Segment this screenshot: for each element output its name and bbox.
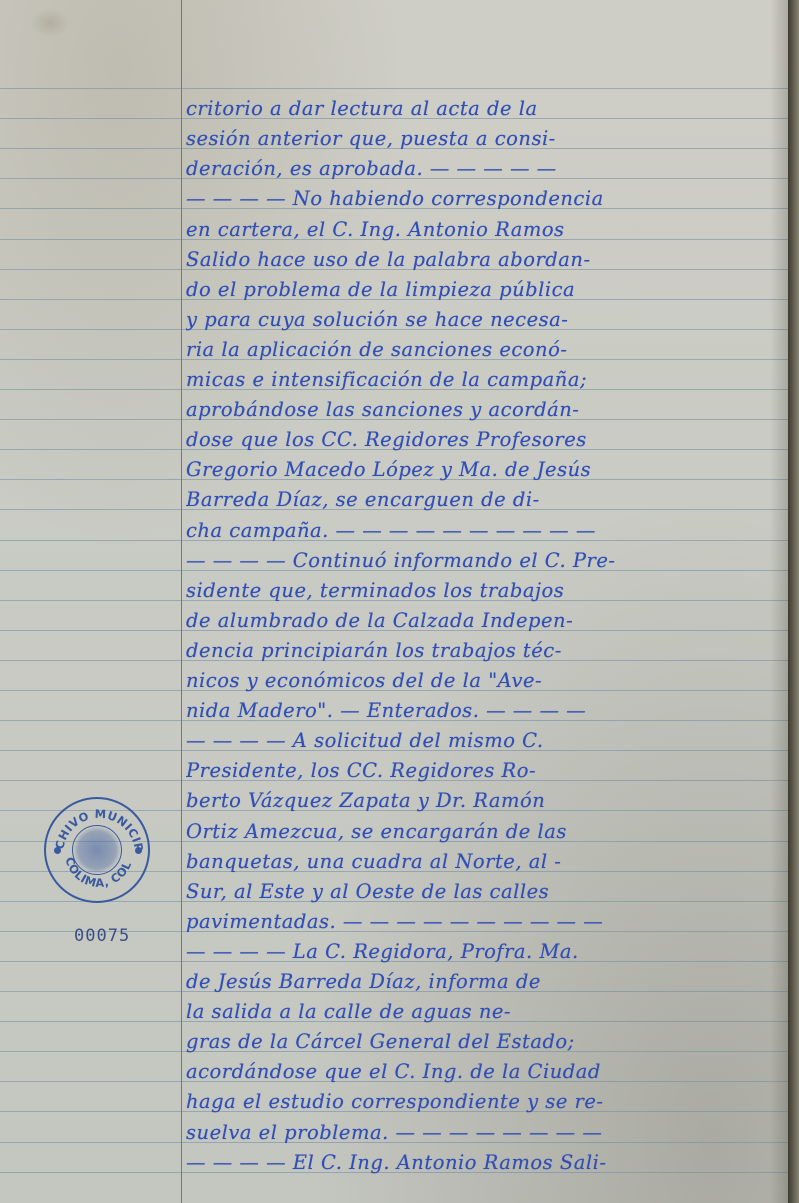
handwritten-line: nicos y económicos del de la "Ave- xyxy=(186,666,786,696)
handwritten-line: banquetas, una cuadra al Norte, al - xyxy=(186,847,786,877)
handwritten-line: Ortiz Amezcua, se encargarán de las xyxy=(186,817,786,847)
handwritten-line: cha campaña. — — — — — — — — — — xyxy=(186,516,786,546)
handwritten-line: do el problema de la limpieza pública xyxy=(186,275,786,305)
archive-stamp: ARCHIVO MUNICIPAL COLIMA, COL. xyxy=(44,797,150,903)
page-shadow xyxy=(770,0,788,1203)
handwritten-line: dose que los CC. Regidores Profesores xyxy=(186,425,786,455)
margin-line xyxy=(181,0,182,1203)
handwritten-line: suelva el problema. — — — — — — — — xyxy=(186,1118,786,1148)
handwritten-line: sesión anterior que, puesta a consi- xyxy=(186,124,786,154)
stamp-star-icon xyxy=(135,847,142,854)
folio-number: 00075 xyxy=(74,926,144,946)
handwritten-line: Sur, al Este y al Oeste de las calles xyxy=(186,877,786,907)
handwritten-line: critorio a dar lectura al acta de la xyxy=(186,94,786,124)
handwritten-line: nida Madero". — Enterados. — — — — xyxy=(186,696,786,726)
handwritten-line: — — — — A solicitud del mismo C. xyxy=(186,726,786,756)
stamp-star-icon xyxy=(54,847,61,854)
handwritten-line: gras de la Cárcel General del Estado; xyxy=(186,1027,786,1057)
handwritten-line: micas e intensificación de la campaña; xyxy=(186,365,786,395)
handwritten-line: la salida a la calle de aguas ne- xyxy=(186,997,786,1027)
handwritten-line: acordándose que el C. Ing. de la Ciudad xyxy=(186,1057,786,1087)
handwritten-line: en cartera, el C. Ing. Antonio Ramos xyxy=(186,215,786,245)
coat-of-arms-icon xyxy=(72,825,122,875)
handwritten-line: de alumbrado de la Calzada Indepen- xyxy=(186,606,786,636)
handwritten-line: dencia principiarán los trabajos téc- xyxy=(186,636,786,666)
handwritten-line: — — — — Continuó informando el C. Pre- xyxy=(186,546,786,576)
handwritten-line: Salido hace uso de la palabra abordan- xyxy=(186,245,786,275)
handwritten-line: — — — — La C. Regidora, Profra. Ma. xyxy=(186,937,786,967)
handwritten-line: sidente que, terminados los trabajos xyxy=(186,576,786,606)
handwritten-line: berto Vázquez Zapata y Dr. Ramón xyxy=(186,786,786,816)
page-edge xyxy=(788,0,799,1203)
handwritten-line: y para cuya solución se hace necesa- xyxy=(186,305,786,335)
handwritten-line: aprobándose las sanciones y acordán- xyxy=(186,395,786,425)
ruled-line xyxy=(0,88,790,89)
handwritten-line: — — — — El C. Ing. Antonio Ramos Sali- xyxy=(186,1148,786,1178)
handwritten-line: Presidente, los CC. Regidores Ro- xyxy=(186,756,786,786)
handwritten-line: pavimentadas. — — — — — — — — — — xyxy=(186,907,786,937)
handwritten-line: deración, es aprobada. — — — — — xyxy=(186,154,786,184)
handwritten-line: ria la aplicación de sanciones econó- xyxy=(186,335,786,365)
handwritten-line: haga el estudio correspondiente y se re- xyxy=(186,1087,786,1117)
handwritten-line: de Jesús Barreda Díaz, informa de xyxy=(186,967,786,997)
handwritten-line: Gregorio Macedo López y Ma. de Jesús xyxy=(186,455,786,485)
handwritten-line: Barreda Díaz, se encarguen de di- xyxy=(186,485,786,515)
paper-stain xyxy=(30,8,70,38)
notebook-page: ARCHIVO MUNICIPAL COLIMA, COL. 00075 cri… xyxy=(0,0,790,1203)
handwritten-line: — — — — No habiendo correspondencia xyxy=(186,184,786,214)
